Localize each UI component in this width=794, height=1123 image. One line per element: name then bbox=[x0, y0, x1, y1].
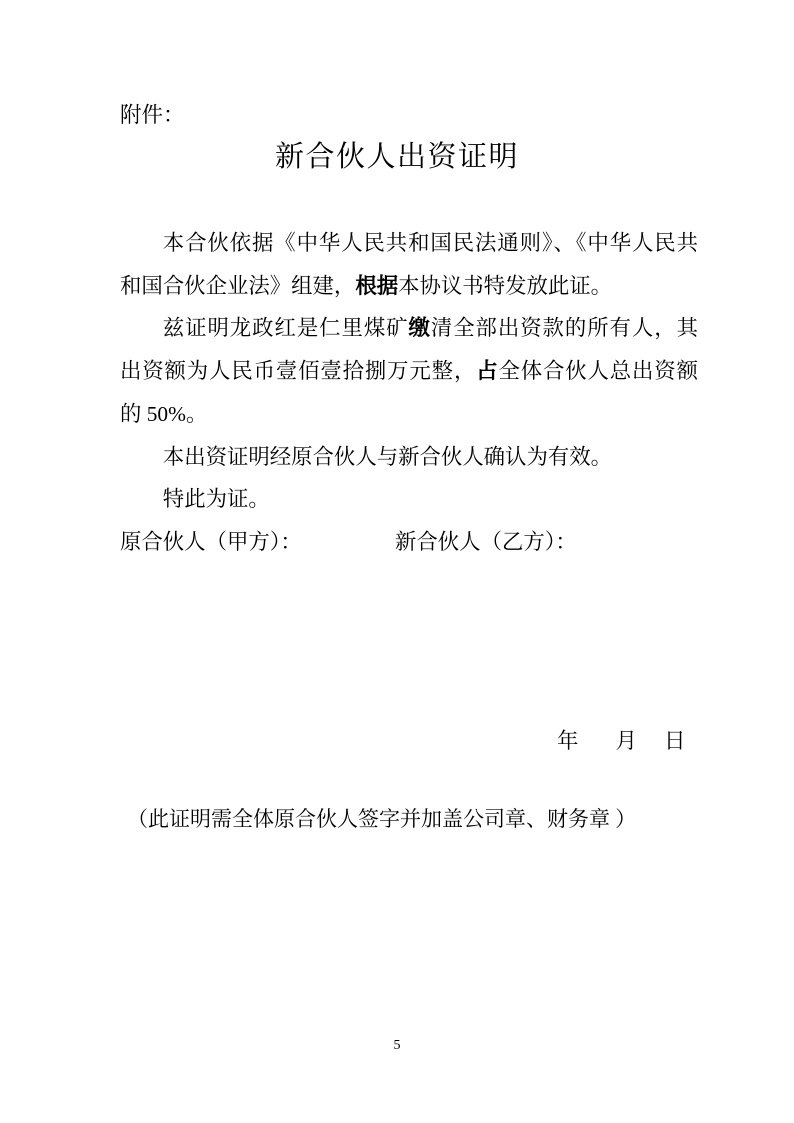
page-title: 新合伙人出资证明 bbox=[0, 140, 794, 175]
emphasized-text-run: 根据 bbox=[355, 274, 398, 298]
text-run: 兹证明龙政红是仁里煤矿 bbox=[163, 316, 409, 340]
new-partner-label: 新合伙人（乙方）： bbox=[395, 521, 577, 564]
text-line: 和国合伙企业法》组建，根据本协议书特发放此证。 bbox=[120, 265, 698, 308]
text-run: 全体合伙人总出资额 bbox=[498, 359, 698, 383]
text-line: 出资额为人民币壹佰壹拾捌万元整，占全体合伙人总出资额 bbox=[120, 350, 698, 393]
text-run: 本协议书特发放此证。 bbox=[398, 274, 612, 298]
original-partner-label: 原合伙人（甲方）： bbox=[120, 530, 302, 554]
text-run: 本出资证明经原合伙人与新合伙人确认为有效。 bbox=[163, 445, 612, 469]
document-body: 本合伙依据《中华人民共和国民法通则》、《中华人民共和国合伙企业法》组建，根据本协… bbox=[120, 222, 698, 564]
text-run: 和国合伙企业法》组建， bbox=[120, 274, 355, 298]
emphasized-text-run: 占 bbox=[476, 359, 498, 383]
footer-note: （此证明需全体原合伙人签字并加盖公司章、财务章 ） bbox=[127, 806, 636, 833]
year-label: 年 bbox=[557, 729, 579, 753]
text-run: 的 50%。 bbox=[120, 402, 207, 426]
day-label: 日 bbox=[664, 729, 686, 753]
attachment-label: 附件： bbox=[120, 103, 185, 129]
text-line: 本出资证明经原合伙人与新合伙人确认为有效。 bbox=[120, 436, 698, 479]
paragraph: 本合伙依据《中华人民共和国民法通则》、《中华人民共和国合伙企业法》组建，根据本协… bbox=[120, 222, 698, 307]
month-label: 月 bbox=[616, 729, 638, 753]
text-run: 清全部出资款的所有人，其 bbox=[431, 316, 698, 340]
signature-line: 原合伙人（甲方）： 新合伙人（乙方）： bbox=[120, 521, 698, 564]
paragraph: 兹证明龙政红是仁里煤矿缴清全部出资款的所有人，其出资额为人民币壹佰壹拾捌万元整，… bbox=[120, 307, 698, 435]
text-run: 本合伙依据《中华人民共和国民法通则》、《中华人民共 bbox=[163, 231, 698, 255]
date-line: 年月日 bbox=[557, 729, 686, 755]
paragraph: 特此为证。 bbox=[120, 478, 698, 521]
document-page: 附件： 新合伙人出资证明 本合伙依据《中华人民共和国民法通则》、《中华人民共和国… bbox=[0, 0, 794, 1123]
page-number: 5 bbox=[0, 1038, 794, 1054]
text-run: 特此为证。 bbox=[163, 487, 270, 511]
text-line: 特此为证。 bbox=[120, 478, 698, 521]
text-line: 的 50%。 bbox=[120, 393, 698, 436]
text-line: 兹证明龙政红是仁里煤矿缴清全部出资款的所有人，其 bbox=[120, 307, 698, 350]
emphasized-text-run: 缴 bbox=[409, 316, 431, 340]
paragraph: 本出资证明经原合伙人与新合伙人确认为有效。 bbox=[120, 436, 698, 479]
text-run: 出资额为人民币壹佰壹拾捌万元整， bbox=[120, 359, 476, 383]
text-line: 本合伙依据《中华人民共和国民法通则》、《中华人民共 bbox=[120, 222, 698, 265]
